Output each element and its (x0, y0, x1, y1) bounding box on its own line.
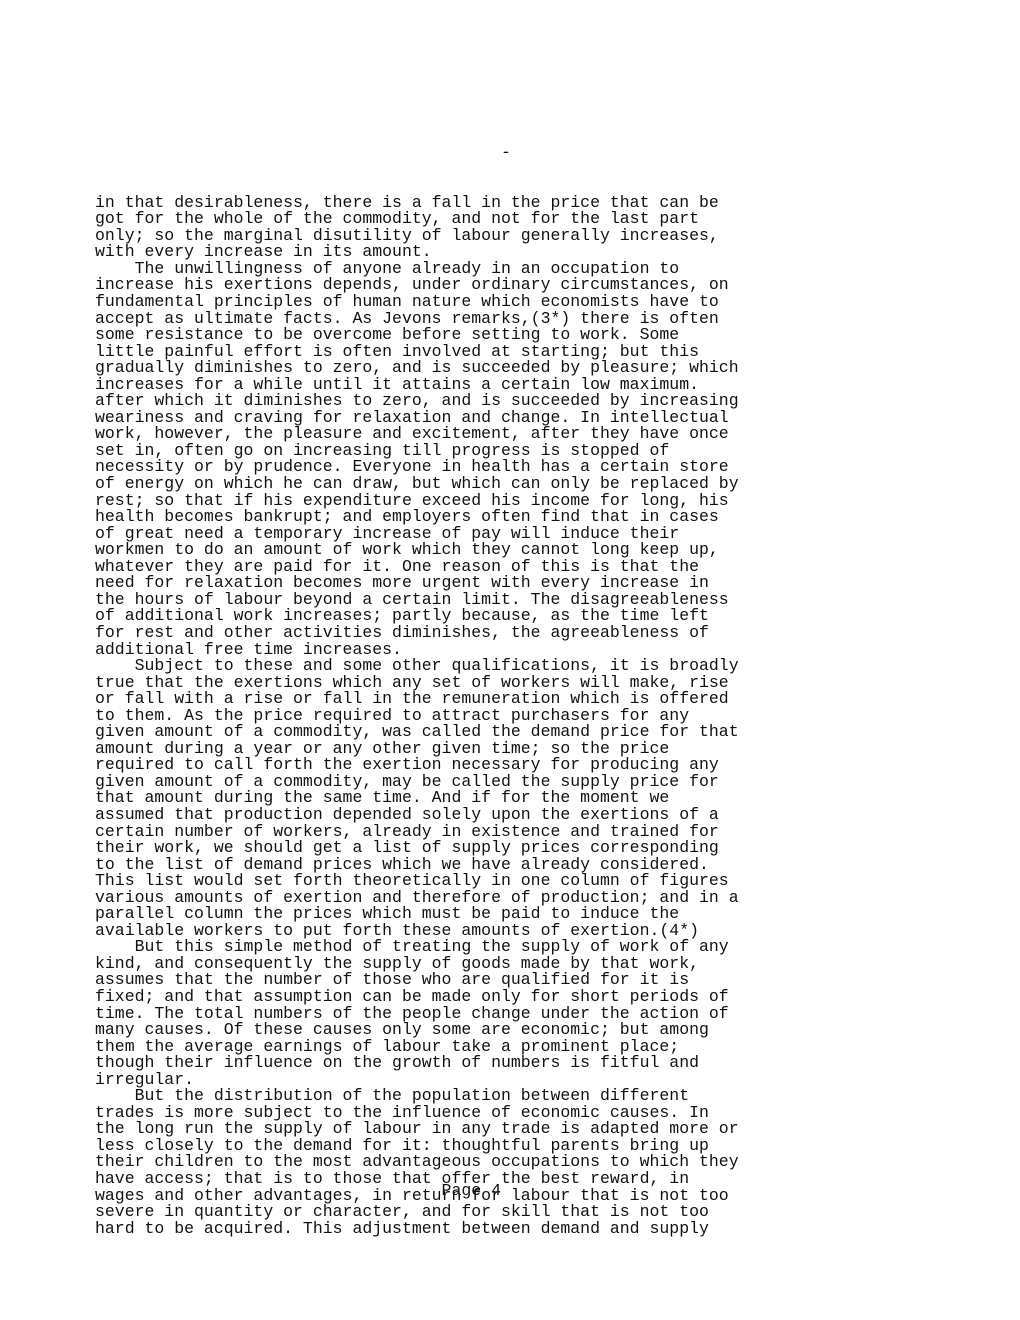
text-line: hard to be acquired. This adjustment bet… (95, 1221, 795, 1238)
text-line: though their influence on the growth of … (95, 1055, 795, 1072)
page-top-marker: - (95, 145, 795, 162)
document-body: - in that desirableness, there is a fall… (95, 112, 795, 1254)
text-lines: in that desirableness, there is a fall i… (95, 195, 795, 1237)
page-number-footer: Page 4 (95, 1183, 795, 1200)
